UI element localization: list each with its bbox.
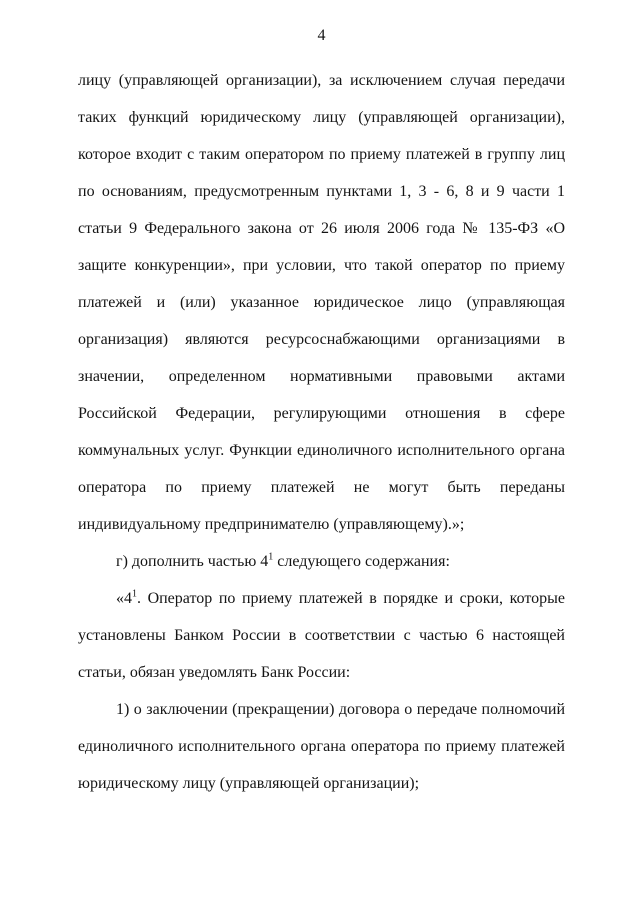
text-run: . Оператор по приему платежей в порядке … <box>78 590 565 681</box>
document-body: лицу (управляющей организации), за исклю… <box>78 62 565 802</box>
text-run: лицу (управляющей организации), за исклю… <box>78 72 565 533</box>
text-run: «4 <box>116 590 132 607</box>
text-run: г) дополнить частью 4 <box>116 553 268 570</box>
paragraph-subitem-g: г) дополнить частью 41 следующего содерж… <box>78 543 565 580</box>
paragraph-item-1: 1) о заключении (прекращении) договора о… <box>78 691 565 802</box>
text-run: следующего содержания: <box>273 553 450 570</box>
text-run: 1) о заключении (прекращении) договора о… <box>78 701 565 792</box>
paragraph-part-4-1: «41. Оператор по приему платежей в поряд… <box>78 580 565 691</box>
page-number: 4 <box>78 26 565 46</box>
document-page: 4 лицу (управляющей организации), за иск… <box>0 0 640 904</box>
paragraph-continuation: лицу (управляющей организации), за исклю… <box>78 62 565 543</box>
